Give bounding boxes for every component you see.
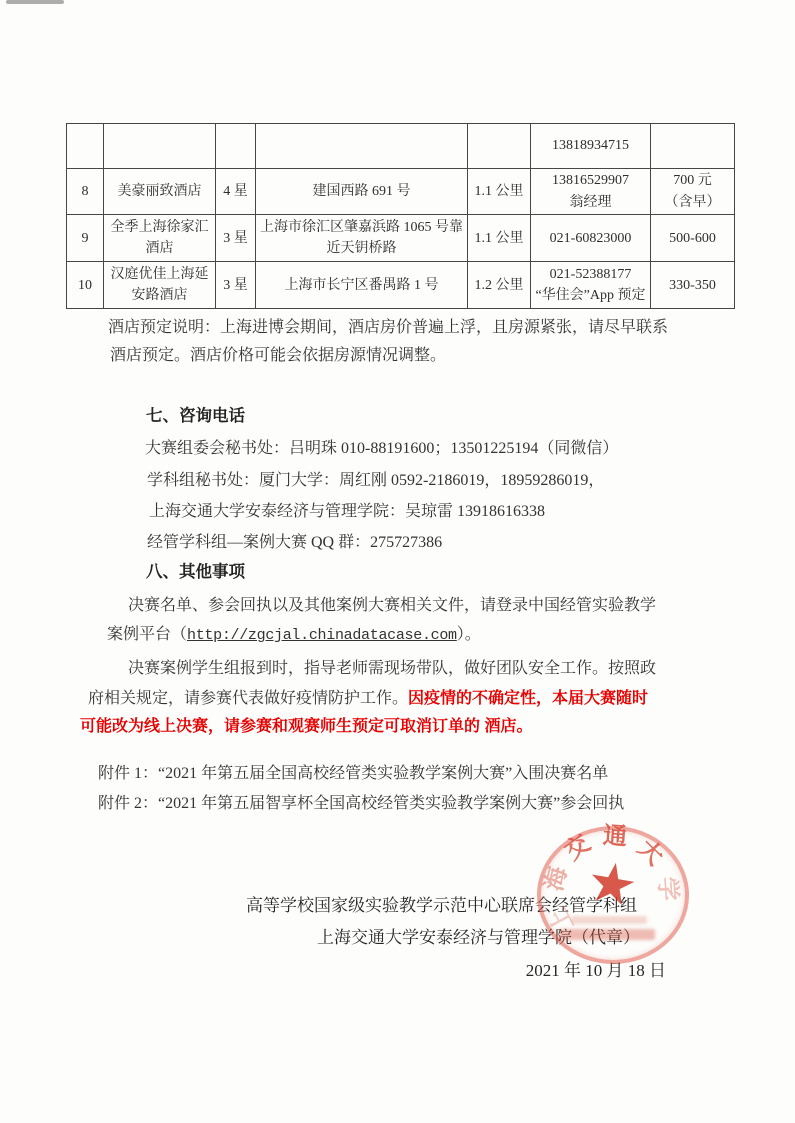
cell-stars: 3 星 <box>216 215 256 262</box>
cell-price: 700 元 （含早） <box>651 169 735 215</box>
cell-no: 8 <box>67 169 104 215</box>
cell-no: 9 <box>67 215 104 262</box>
para1-line2-pre: 案例平台（ <box>107 626 187 643</box>
cell-stars: 4 星 <box>216 169 256 215</box>
section7-line: 上海交通大学安泰经济与管理学院：吴琼雷 13918616338 <box>149 500 545 524</box>
cell-address: 建国西路 691 号 <box>256 169 468 215</box>
cell-no <box>67 124 104 169</box>
table-row: 8 美豪丽致酒店 4 星 建国西路 691 号 1.1 公里 138165299… <box>67 169 735 215</box>
document-page: 13818934715 8 美豪丽致酒店 4 星 建国西路 691 号 1.1 … <box>0 0 795 1123</box>
signature-org-line2: 上海交通大学安泰经济与管理学院（代章） <box>317 926 640 950</box>
cell-address <box>256 124 468 169</box>
cell-stars: 3 星 <box>216 262 256 309</box>
signature-org-line1: 高等学校国家级实验教学示范中心联席会经管学科组 <box>246 894 637 918</box>
cell-distance: 1.2 公里 <box>468 262 531 309</box>
booking-note-line2: 酒店预定。酒店价格可能会依据房源情况调整。 <box>110 344 446 368</box>
covid-warning-text: 因疫情的不确定性，本届大赛随时 <box>408 690 648 707</box>
para2-line2: 府相关规定，请参赛代表做好疫情防护工作。因疫情的不确定性，本届大赛随时 <box>88 687 648 711</box>
para2-line2-black: 府相关规定，请参赛代表做好疫情防护工作。 <box>88 690 408 707</box>
section7-title: 七、咨询电话 <box>146 404 245 428</box>
cell-hotel-name <box>104 124 216 169</box>
signature-date: 2021 年 10 月 18 日 <box>526 959 666 983</box>
cell-stars <box>216 124 256 169</box>
cell-address: 上海市徐汇区肇嘉浜路 1065 号靠 近天钥桥路 <box>256 215 468 262</box>
cell-hotel-name: 美豪丽致酒店 <box>104 169 216 215</box>
para1-line1: 决赛名单、参会回执以及其他案例大赛相关文件，请登录中国经管实验教学 <box>128 594 656 618</box>
table-row: 13818934715 <box>67 124 735 169</box>
para1-line2-post: ）。 <box>457 626 481 643</box>
cell-phone: 13818934715 <box>531 124 651 169</box>
attachment-2: 附件 2：“2021 年第五届智享杯全国高校经管类实验教学案例大赛”参会回执 <box>98 792 624 816</box>
booking-note-line1: 酒店预定说明：上海进博会期间，酒店房价普遍上浮，且房源紧张，请尽早联系 <box>108 316 668 340</box>
covid-warning-text: 可能改为线上决赛，请参赛和观赛师生预定可取消订单的 酒店。 <box>80 715 532 739</box>
para1-line2: 案例平台（http://zgcjal.chinadatacase.com）。 <box>107 623 481 648</box>
section7-line: 大赛组委会秘书处：吕明珠 010-88191600；13501225194（同微… <box>145 437 618 461</box>
cell-address: 上海市长宁区番禺路 1 号 <box>256 262 468 309</box>
cell-distance: 1.1 公里 <box>468 169 531 215</box>
para2-line1: 决赛案例学生组报到时，指导老师需现场带队，做好团队安全工作。按照政 <box>128 657 656 681</box>
table-row: 9 全季上海徐家汇 酒店 3 星 上海市徐汇区肇嘉浜路 1065 号靠 近天钥桥… <box>67 215 735 262</box>
section7-line: 经管学科组—案例大赛 QQ 群：275727386 <box>147 531 442 555</box>
section7-line: 学科组秘书处：厦门大学：周红刚 0592-2186019，18959286019… <box>147 469 604 493</box>
cell-phone: 021-60823000 <box>531 215 651 262</box>
hotel-table: 13818934715 8 美豪丽致酒店 4 星 建国西路 691 号 1.1 … <box>66 123 735 309</box>
cell-price <box>651 124 735 169</box>
cell-phone: 13816529907 翁经理 <box>531 169 651 215</box>
section8-title: 八、其他事项 <box>146 560 245 584</box>
scan-artifact <box>6 0 64 4</box>
case-platform-link[interactable]: http://zgcjal.chinadatacase.com <box>187 627 457 644</box>
table-row: 10 汉庭优佳上海延 安路酒店 3 星 上海市长宁区番禺路 1 号 1.2 公里… <box>67 262 735 309</box>
cell-distance <box>468 124 531 169</box>
cell-price: 500-600 <box>651 215 735 262</box>
cell-hotel-name: 汉庭优佳上海延 安路酒店 <box>104 262 216 309</box>
cell-hotel-name: 全季上海徐家汇 酒店 <box>104 215 216 262</box>
cell-price: 330-350 <box>651 262 735 309</box>
cell-no: 10 <box>67 262 104 309</box>
cell-distance: 1.1 公里 <box>468 215 531 262</box>
attachment-1: 附件 1：“2021 年第五届全国高校经管类实验教学案例大赛”入围决赛名单 <box>98 762 608 786</box>
cell-phone: 021-52388177 “华住会”App 预定 <box>531 262 651 309</box>
